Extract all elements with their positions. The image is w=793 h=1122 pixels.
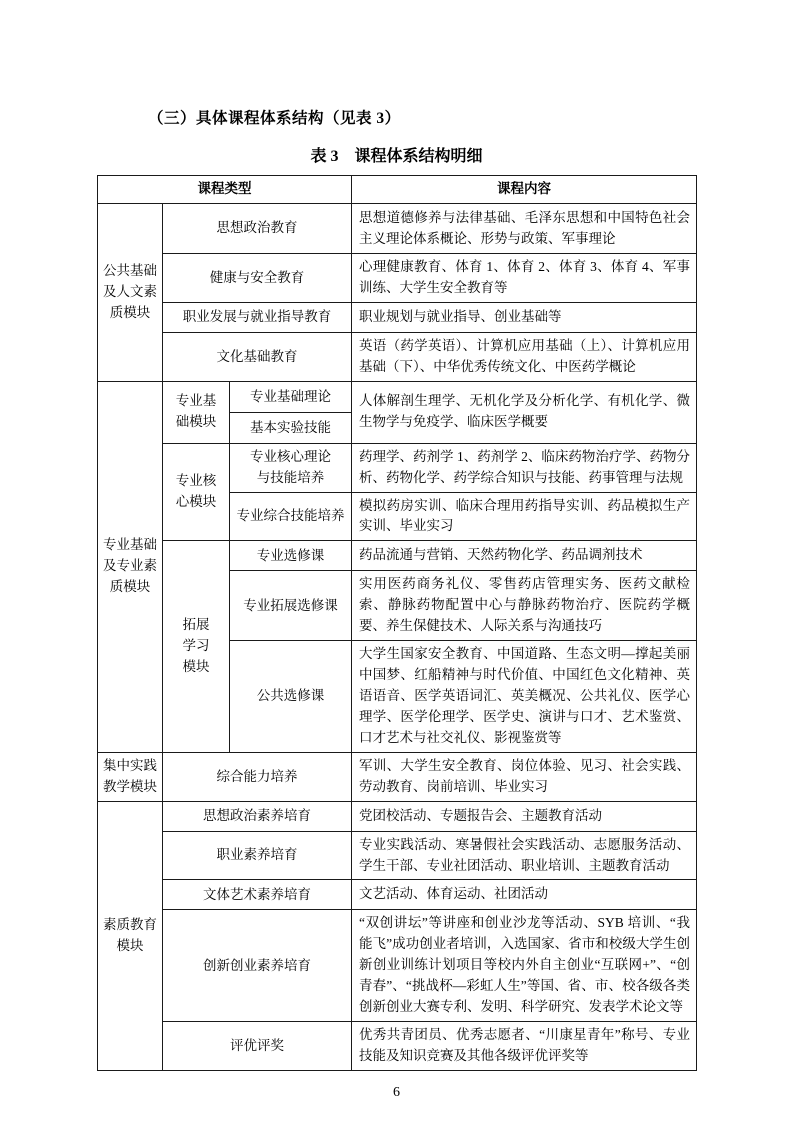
content-cell: 职业规划与就业指导、创业基础等 xyxy=(352,302,697,332)
table-row: 创新创业素养培育 “双创讲坛”等讲座和创业沙龙等活动、SYB 培训、“我能飞”成… xyxy=(98,910,697,1022)
course-structure-table: 课程类型 课程内容 公共基础 及人文素 质模块 思想政治教育 思想道德修养与法律… xyxy=(97,175,697,1071)
category-cell: 专业拓展选修课 xyxy=(230,571,352,641)
table-title: 表 3 课程体系结构明细 xyxy=(0,143,793,166)
category-cell: 思想政治教育 xyxy=(163,204,352,254)
content-cell: 党团校活动、专题报告会、主题教育活动 xyxy=(352,801,697,831)
content-cell: 文艺活动、体育运动、社团活动 xyxy=(352,880,697,910)
category-cell: 专业基础理论 xyxy=(230,381,352,412)
content-cell: 军训、大学生安全教育、岗位体验、见习、社会实践、劳动教育、岗前培训、毕业实习 xyxy=(352,752,697,801)
table-row: 评优评奖 优秀共青团员、优秀志愿者、“川康星青年”称号、专业技能及知识竞赛及其他… xyxy=(98,1022,697,1071)
table-row: 文化基础教育 英语（药学英语）、计算机应用基础（上）、计算机应用基础（下）、中华… xyxy=(98,332,697,381)
submodule-cell: 专业核 心模块 xyxy=(163,443,230,541)
table-row: 健康与安全教育 心理健康教育、体育 1、体育 2、体育 3、体育 4、军事训练、… xyxy=(98,254,697,303)
content-cell: 人体解剖生理学、无机化学及分析化学、有机化学、微生物学与免疫学、临床医学概要 xyxy=(352,381,697,443)
category-cell: 基本实验技能 xyxy=(230,412,352,443)
category-cell: 创新创业素养培育 xyxy=(163,910,352,1022)
table-row: 专业核 心模块 专业核心理论 与技能培养 药理学、药剂学 1、药剂学 2、临床药… xyxy=(98,443,697,492)
table-row: 集中实践 教学模块 综合能力培养 军训、大学生安全教育、岗位体验、见习、社会实践… xyxy=(98,752,697,801)
submodule-cell: 专业基 础模块 xyxy=(163,381,230,443)
submodule-cell: 拓展 学习 模块 xyxy=(163,541,230,752)
category-cell: 文体艺术素养培育 xyxy=(163,880,352,910)
content-cell: 模拟药房实训、临床合理用药指导实训、药品模拟生产实训、毕业实习 xyxy=(352,492,697,541)
content-cell: 实用医药商务礼仪、零售药店管理实务、医药文献检索、静脉药物配置中心与静脉药物治疗… xyxy=(352,571,697,641)
category-cell: 公共选修课 xyxy=(230,641,352,753)
category-cell: 职业素养培育 xyxy=(163,831,352,880)
section-heading: （三）具体课程体系结构（见表 3） xyxy=(0,0,793,128)
module-cell: 公共基础 及人文素 质模块 xyxy=(98,204,163,382)
content-cell: 心理健康教育、体育 1、体育 2、体育 3、体育 4、军事训练、大学生安全教育等 xyxy=(352,254,697,303)
document-page: （三）具体课程体系结构（见表 3） 表 3 课程体系结构明细 课程类型 课程内容… xyxy=(0,0,793,1122)
table-row: 素质教育 模块 思想政治素养培育 党团校活动、专题报告会、主题教育活动 xyxy=(98,801,697,831)
category-cell: 综合能力培养 xyxy=(163,752,352,801)
content-cell: 优秀共青团员、优秀志愿者、“川康星青年”称号、专业技能及知识竞赛及其他各级评优评… xyxy=(352,1022,697,1071)
content-cell: “双创讲坛”等讲座和创业沙龙等活动、SYB 培训、“我能飞”成功创业者培训，入选… xyxy=(352,910,697,1022)
table-header-row: 课程类型 课程内容 xyxy=(98,176,697,204)
module-cell: 集中实践 教学模块 xyxy=(98,752,163,801)
table-row: 职业素养培育 专业实践活动、寒暑假社会实践活动、志愿服务活动、学生干部、专业社团… xyxy=(98,831,697,880)
category-cell: 文化基础教育 xyxy=(163,332,352,381)
category-cell: 专业选修课 xyxy=(230,541,352,571)
page-number: 6 xyxy=(0,1085,793,1101)
table-row: 拓展 学习 模块 专业选修课 药品流通与营销、天然药物化学、药品调剂技术 xyxy=(98,541,697,571)
column-header-course-content: 课程内容 xyxy=(352,176,697,204)
content-cell: 专业实践活动、寒暑假社会实践活动、志愿服务活动、学生干部、专业社团活动、职业培训… xyxy=(352,831,697,880)
content-cell: 英语（药学英语）、计算机应用基础（上）、计算机应用基础（下）、中华优秀传统文化、… xyxy=(352,332,697,381)
table-row: 职业发展与就业指导教育 职业规划与就业指导、创业基础等 xyxy=(98,302,697,332)
category-cell: 专业综合技能培养 xyxy=(230,492,352,541)
content-cell: 思想道德修养与法律基础、毛泽东思想和中国特色社会主义理论体系概论、形势与政策、军… xyxy=(352,204,697,254)
category-cell: 思想政治素养培育 xyxy=(163,801,352,831)
module-cell: 专业基础 及专业素 质模块 xyxy=(98,381,163,752)
category-cell: 职业发展与就业指导教育 xyxy=(163,302,352,332)
content-cell: 药品流通与营销、天然药物化学、药品调剂技术 xyxy=(352,541,697,571)
content-cell: 大学生国家安全教育、中国道路、生态文明—撑起美丽中国梦、红船精神与时代价值、中国… xyxy=(352,641,697,753)
category-cell: 健康与安全教育 xyxy=(163,254,352,303)
category-cell: 评优评奖 xyxy=(163,1022,352,1071)
column-header-course-type: 课程类型 xyxy=(98,176,352,204)
category-cell: 专业核心理论 与技能培养 xyxy=(230,443,352,492)
table-row: 公共基础 及人文素 质模块 思想政治教育 思想道德修养与法律基础、毛泽东思想和中… xyxy=(98,204,697,254)
module-cell: 素质教育 模块 xyxy=(98,801,163,1070)
table-row: 专业基础 及专业素 质模块 专业基 础模块 专业基础理论 人体解剖生理学、无机化… xyxy=(98,381,697,412)
content-cell: 药理学、药剂学 1、药剂学 2、临床药物治疗学、药物分析、药物化学、药学综合知识… xyxy=(352,443,697,492)
table-row: 文体艺术素养培育 文艺活动、体育运动、社团活动 xyxy=(98,880,697,910)
